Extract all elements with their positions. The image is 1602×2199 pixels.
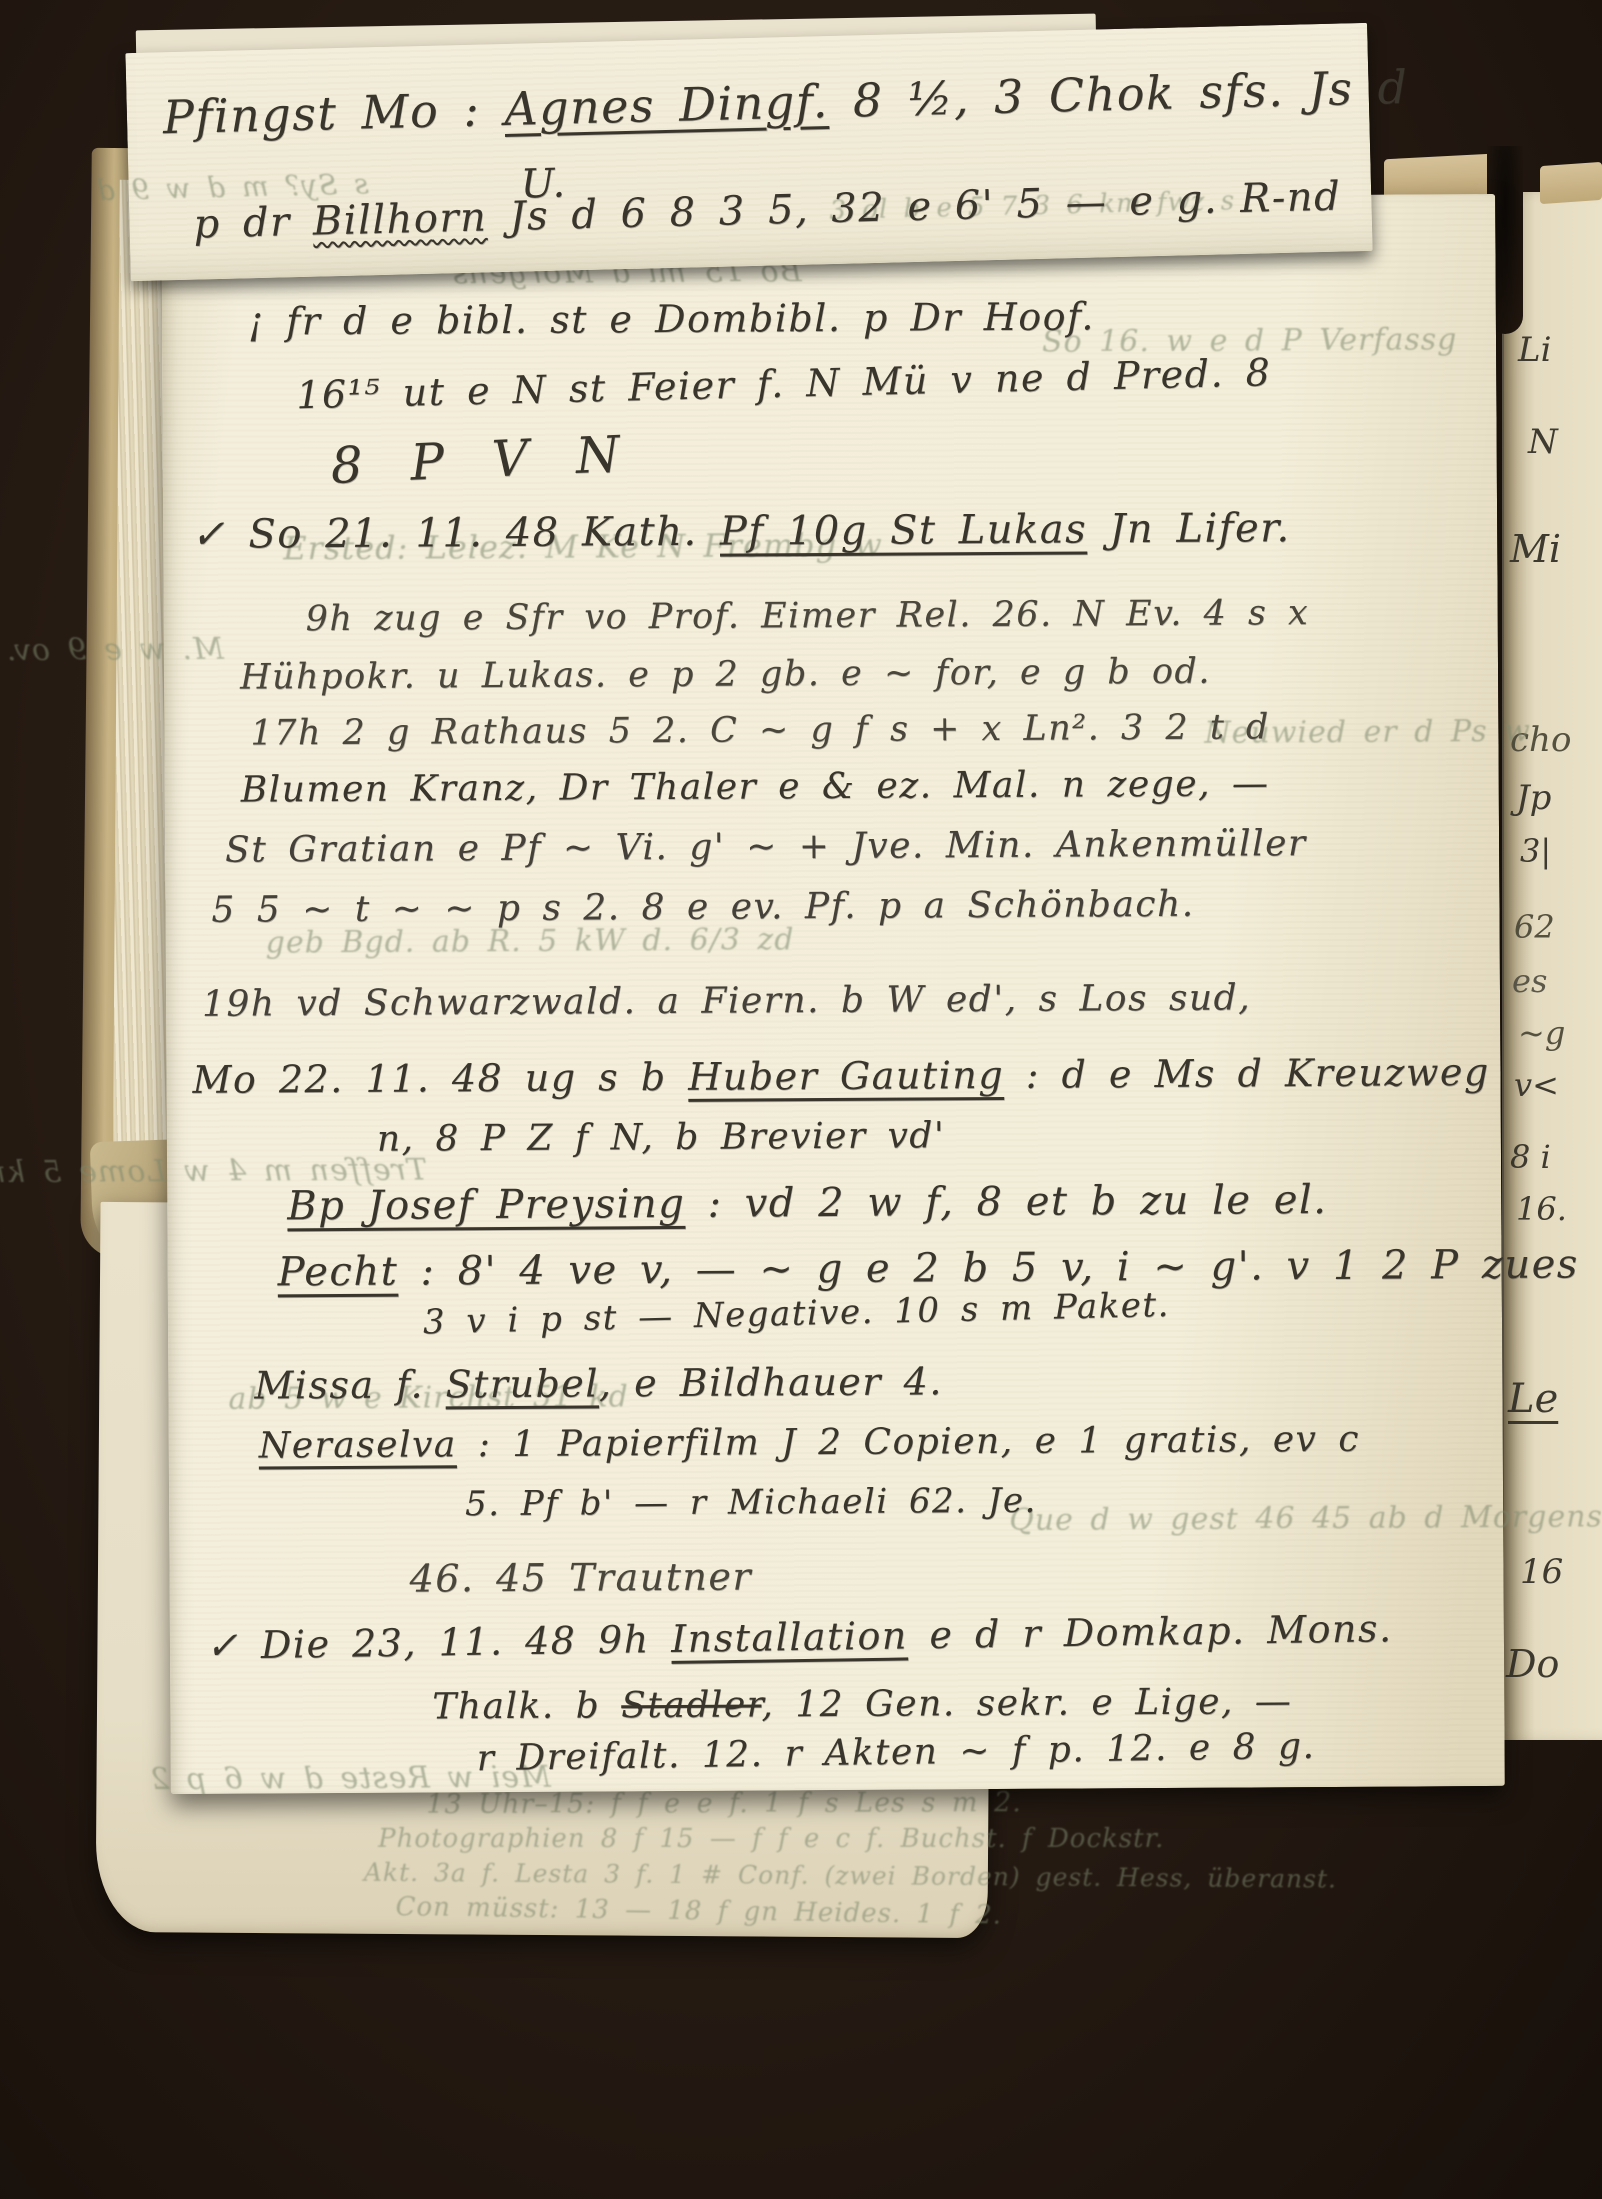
line-text: n, 8 P Z f N, b Brevier vd'	[377, 1115, 946, 1159]
ghost-text-line: M. w e 9 ov. 28 Ps	[0, 632, 224, 669]
line-underlined-text: Huber Gauting	[688, 1053, 1004, 1099]
line-text: 5. Pf b' — r Michaeli 62. Je.	[465, 1481, 1037, 1524]
handwriting-fragment: 16.	[1516, 1190, 1567, 1228]
handwriting-line: 16¹⁵ ut e N st Feier f. N Mü v ne d Pred…	[296, 350, 1272, 417]
line-text: Jn Lifer.	[1087, 505, 1291, 552]
handwriting-fragment: Le	[1508, 1376, 1558, 1422]
handwriting-line: Neraselva : 1 Papierfilm J 2 Copien, e 1…	[259, 1419, 1361, 1467]
handwriting-line: St Gratian e Pf ~ Vi. g' ~ + Jve. Min. A…	[225, 823, 1307, 871]
line-text: Blumen Kranz, Dr Thaler e & ez. Mal. n z…	[241, 763, 1270, 810]
line-text: 5 5 ~ t ~ ~ p s 2. 8 e ev. Pf. p a Schön…	[211, 884, 1194, 931]
handwriting-line: Hühpokr. u Lukas. e p 2 gb. e ~ for, e g…	[240, 652, 1211, 698]
line-text: 8 P V N	[330, 425, 633, 495]
line-underlined-text: Billhorn	[312, 194, 488, 244]
diary-main-page: Bo 15 ml d Morgens So 16. w e d P Verfas…	[161, 194, 1505, 1794]
ghost-text-line: Que d w gest 46 45 ab d Morgens	[1009, 1499, 1602, 1538]
handwriting-line: 8 P V N	[330, 425, 633, 495]
line-underlined-text: Neraselva	[259, 1424, 457, 1466]
line-text: : 1 Papierfilm J 2 Copien, e 1 gratis, e…	[457, 1419, 1360, 1466]
line-text: 8 ½, 3 Chok sfs. Js d	[828, 60, 1409, 128]
handwriting-fragment: ~g	[1518, 1014, 1565, 1052]
line-text: Pfingst Mo :	[162, 82, 505, 144]
line-underlined-text: Agnes Dingf.	[504, 74, 830, 136]
line-text: ✓ Die 23, 11. 48 9h	[206, 1617, 672, 1668]
handwriting-fragment: 16	[1520, 1552, 1563, 1592]
line-text: Hühpokr. u Lukas. e p 2 gb. e ~ for, e g…	[240, 652, 1211, 698]
line-text: ✓ So 21. 11. 48 Kath.	[191, 509, 720, 558]
handwriting-fragment: Li	[1518, 330, 1551, 370]
line-text: Thalk. b	[432, 1685, 621, 1727]
handwriting-fragment: 8 i	[1510, 1138, 1551, 1176]
line-text: , e Bildhauer 4.	[599, 1359, 943, 1405]
line-text: r Dreifalt. 12. r Akten ~ f p. 12. e 8 g…	[476, 1726, 1315, 1779]
line-text: St Gratian e Pf ~ Vi. g' ~ + Jve. Min. A…	[225, 823, 1307, 871]
handwriting-line: 17h 2 g Rathaus 5 2. C ~ g f s + x Ln². …	[250, 707, 1270, 753]
handwriting-line: ¡ fr d e bibl. st e Dombibl. p Dr Hoof.	[248, 294, 1095, 343]
line-underlined-text: Installation	[671, 1613, 908, 1661]
diary-photograph: 13 Uhr–15: f f e e f. 1 f s Les s m 2. P…	[0, 0, 1602, 2199]
handwriting-fragment: 62	[1514, 908, 1555, 946]
handwriting-fragment: es	[1512, 962, 1547, 1000]
line-text: 9h zug e Sfr vo Prof. Eimer Rel. 26. N E…	[306, 593, 1310, 639]
handwriting-fragment: v<	[1514, 1066, 1559, 1104]
line-text: 16¹⁵ ut e N st Feier f. N Mü v ne d Pred…	[296, 350, 1272, 417]
line-text: 46. 45 Trautner	[409, 1555, 752, 1601]
note-slip: s Sy? m d w 9 d 3 ol b e 5 7 3 6 km fwz …	[125, 23, 1372, 281]
handwriting-line: Thalk. b Stadler, 12 Gen. sekr. e Lige, …	[432, 1681, 1292, 1727]
line-underlined-text: Pf 10g St Lukas	[720, 506, 1088, 554]
line-underlined-text: Bp Josef Preysing	[287, 1181, 685, 1229]
handwriting-fragment: Jp	[1516, 778, 1551, 818]
line-text: ¡ fr d e bibl. st e Dombibl. p Dr Hoof.	[248, 294, 1095, 343]
ghost-text-line: Akt. 3a f. Lesta 3 f. 1 # Conf. (zwei Bo…	[364, 1858, 1337, 1894]
handwriting-fragment: Do	[1506, 1642, 1559, 1686]
handwriting-fragment: Mi	[1510, 527, 1561, 571]
line-underlined-text: Pecht	[278, 1249, 399, 1296]
handwriting-line: r Dreifalt. 12. r Akten ~ f p. 12. e 8 g…	[476, 1726, 1315, 1779]
handwriting-line: 19h vd Schwarzwald. a Fiern. b W ed', s …	[202, 977, 1251, 1024]
handwriting-fragment: N	[1528, 422, 1558, 462]
handwriting-line: Bp Josef Preysing : vd 2 w f, 8 et b zu …	[287, 1177, 1327, 1229]
handwriting-line: ✓ So 21. 11. 48 Kath. Pf 10g St Lukas Jn…	[191, 505, 1291, 558]
handwriting-line: 5. Pf b' — r Michaeli 62. Je.	[465, 1481, 1037, 1524]
line-struck-text: Stadler	[621, 1684, 761, 1726]
line-text: Js d 6 8 3 5, 32 e 6' 5 — e g. R-nd	[487, 174, 1342, 241]
line-text: p dr	[193, 199, 313, 248]
handwriting-line: 5 5 ~ t ~ ~ p s 2. 8 e ev. Pf. p a Schön…	[211, 884, 1194, 931]
line-underlined-text: Strubel	[445, 1361, 599, 1406]
line-text: : vd 2 w f, 8 et b zu le el.	[685, 1177, 1327, 1227]
line-text: : d e Ms d Kreuzweg	[1004, 1050, 1490, 1097]
line-text: 17h 2 g Rathaus 5 2. C ~ g f s + x Ln². …	[250, 707, 1270, 753]
line-text: 19h vd Schwarzwald. a Fiern. b W ed', s …	[202, 977, 1251, 1024]
handwriting-line: 46. 45 Trautner	[409, 1555, 752, 1601]
ghost-text-line: Photographien 8 f 15 — f f e c f. Buchst…	[378, 1824, 1164, 1854]
handwriting-line: n, 8 P Z f N, b Brevier vd'	[377, 1115, 946, 1159]
handwriting-line: Pecht : 8' 4 ve v, — ~ g e 2 b 5 v, i ~ …	[278, 1241, 1602, 1295]
ghost-text-line: Con müsst: 13 — 18 f gn Heides. 1 f 2.	[395, 1892, 1002, 1930]
handwriting-fragment: 3|	[1520, 832, 1551, 870]
handwriting-line: ✓ Die 23, 11. 48 9h Installation e d r D…	[206, 1606, 1393, 1668]
slip-line-1: Pfingst Mo : Agnes Dingf. 8 ½, 3 Chok sf…	[162, 60, 1409, 144]
handwriting-line: 9h zug e Sfr vo Prof. Eimer Rel. 26. N E…	[306, 593, 1310, 639]
line-text: e d r Domkap. Mons.	[908, 1606, 1393, 1657]
handwriting-line: Missa f. Strubel, e Bildhauer 4.	[254, 1359, 943, 1407]
cover-trim-wedge	[1540, 162, 1602, 204]
line-text: , 12 Gen. sekr. e Lige, —	[761, 1681, 1292, 1725]
line-text: Mo 22. 11. 48 ug s b	[192, 1055, 688, 1102]
line-text: : 8' 4 ve v, — ~ g e 2 b 5 v, i ~ g'. v …	[398, 1241, 1602, 1295]
line-text: Missa f.	[254, 1362, 445, 1407]
handwriting-line: Blumen Kranz, Dr Thaler e & ez. Mal. n z…	[241, 763, 1270, 810]
handwriting-line: Mo 22. 11. 48 ug s b Huber Gauting : d e…	[192, 1050, 1490, 1102]
